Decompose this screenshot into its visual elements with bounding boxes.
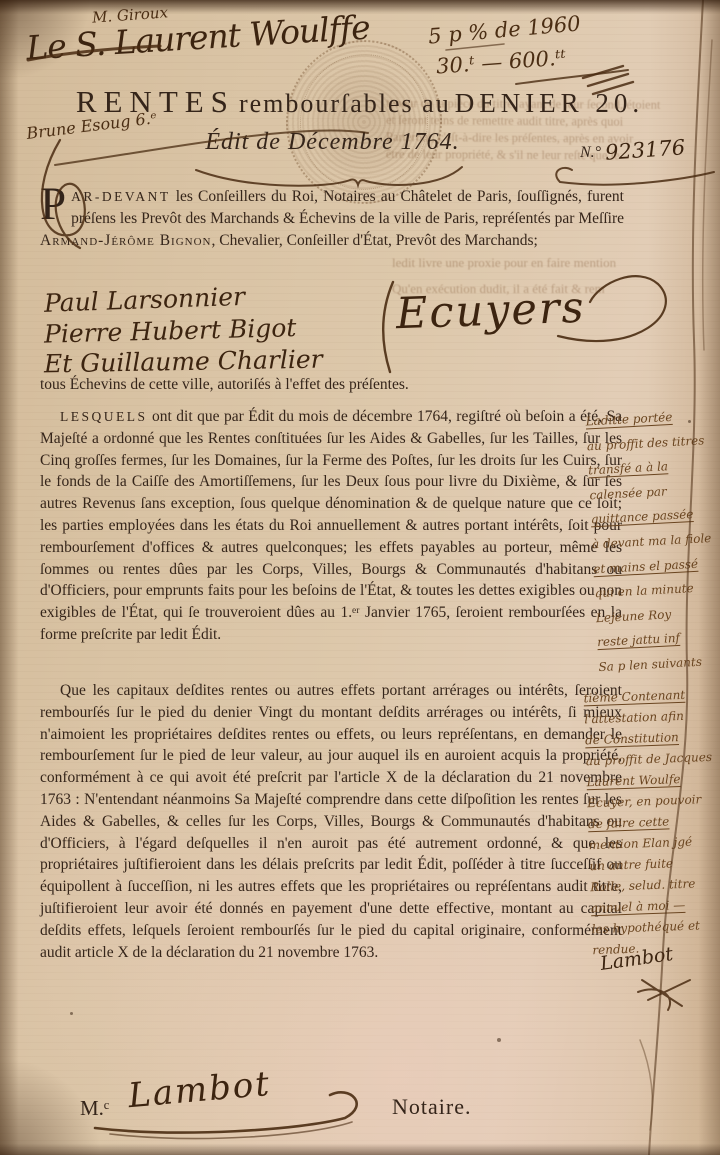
document-photo: { "top_annotations": { "agent_name": "M.… <box>0 0 720 1155</box>
serial-number: N.° 923176 <box>580 138 685 162</box>
echevin-names-list: Paul Larsonnier Pierre Hubert Bigot Et G… <box>44 283 323 378</box>
echevin-name: Et Guillaume Charlier <box>44 344 323 380</box>
paragraph-edit-1764: Lesquels ont dit que par Édit du mois de… <box>40 406 622 646</box>
paragraph-lead: Lesquels <box>60 409 148 424</box>
paragraph-text: , Chevalier, Conſeiller d'État, Prevôt d… <box>212 232 538 249</box>
title-word-remboursables: rembourſables au <box>239 89 451 118</box>
serial-number-value: 923176 <box>604 135 686 165</box>
footer-notary-prefix: M.ᶜ <box>80 1096 109 1121</box>
margin-notes-upper: Laditte portée au proffit des titres tra… <box>585 403 720 680</box>
ink-spot <box>688 420 691 423</box>
names-qualifier-ecuyers: Ecuyers <box>395 283 586 340</box>
serial-number-label: N.° <box>580 144 601 161</box>
official-name: Armand-Jérôme Bignon <box>40 232 212 249</box>
stamp-inner-ring <box>293 48 435 197</box>
paragraph-text: ont dit que par Édit du mois de décembre… <box>40 408 622 643</box>
paragraph-capitaux: Que les capitaux deſdites rentes ou autr… <box>40 680 622 963</box>
dropcap-initial: P <box>40 186 71 223</box>
title-word-denier: DENIER 20. <box>455 88 644 118</box>
paragraph-preamble: PAR-DEVANT les Conſeillers du Roi, Notai… <box>40 186 624 251</box>
footer-notaire-label: Notaire. <box>392 1094 471 1120</box>
echevins-closing-line: tous Échevins de cette ville, autoriſés … <box>40 376 409 394</box>
paragraph-lead: AR-DEVANT <box>71 189 171 204</box>
margin-notes-lower: tième Contenant l'attestation afin de Co… <box>583 684 720 961</box>
ink-spot <box>497 1038 501 1042</box>
ghost-line: ledit livre une proxie pour en faire men… <box>392 250 682 276</box>
ink-spot <box>70 1012 73 1015</box>
